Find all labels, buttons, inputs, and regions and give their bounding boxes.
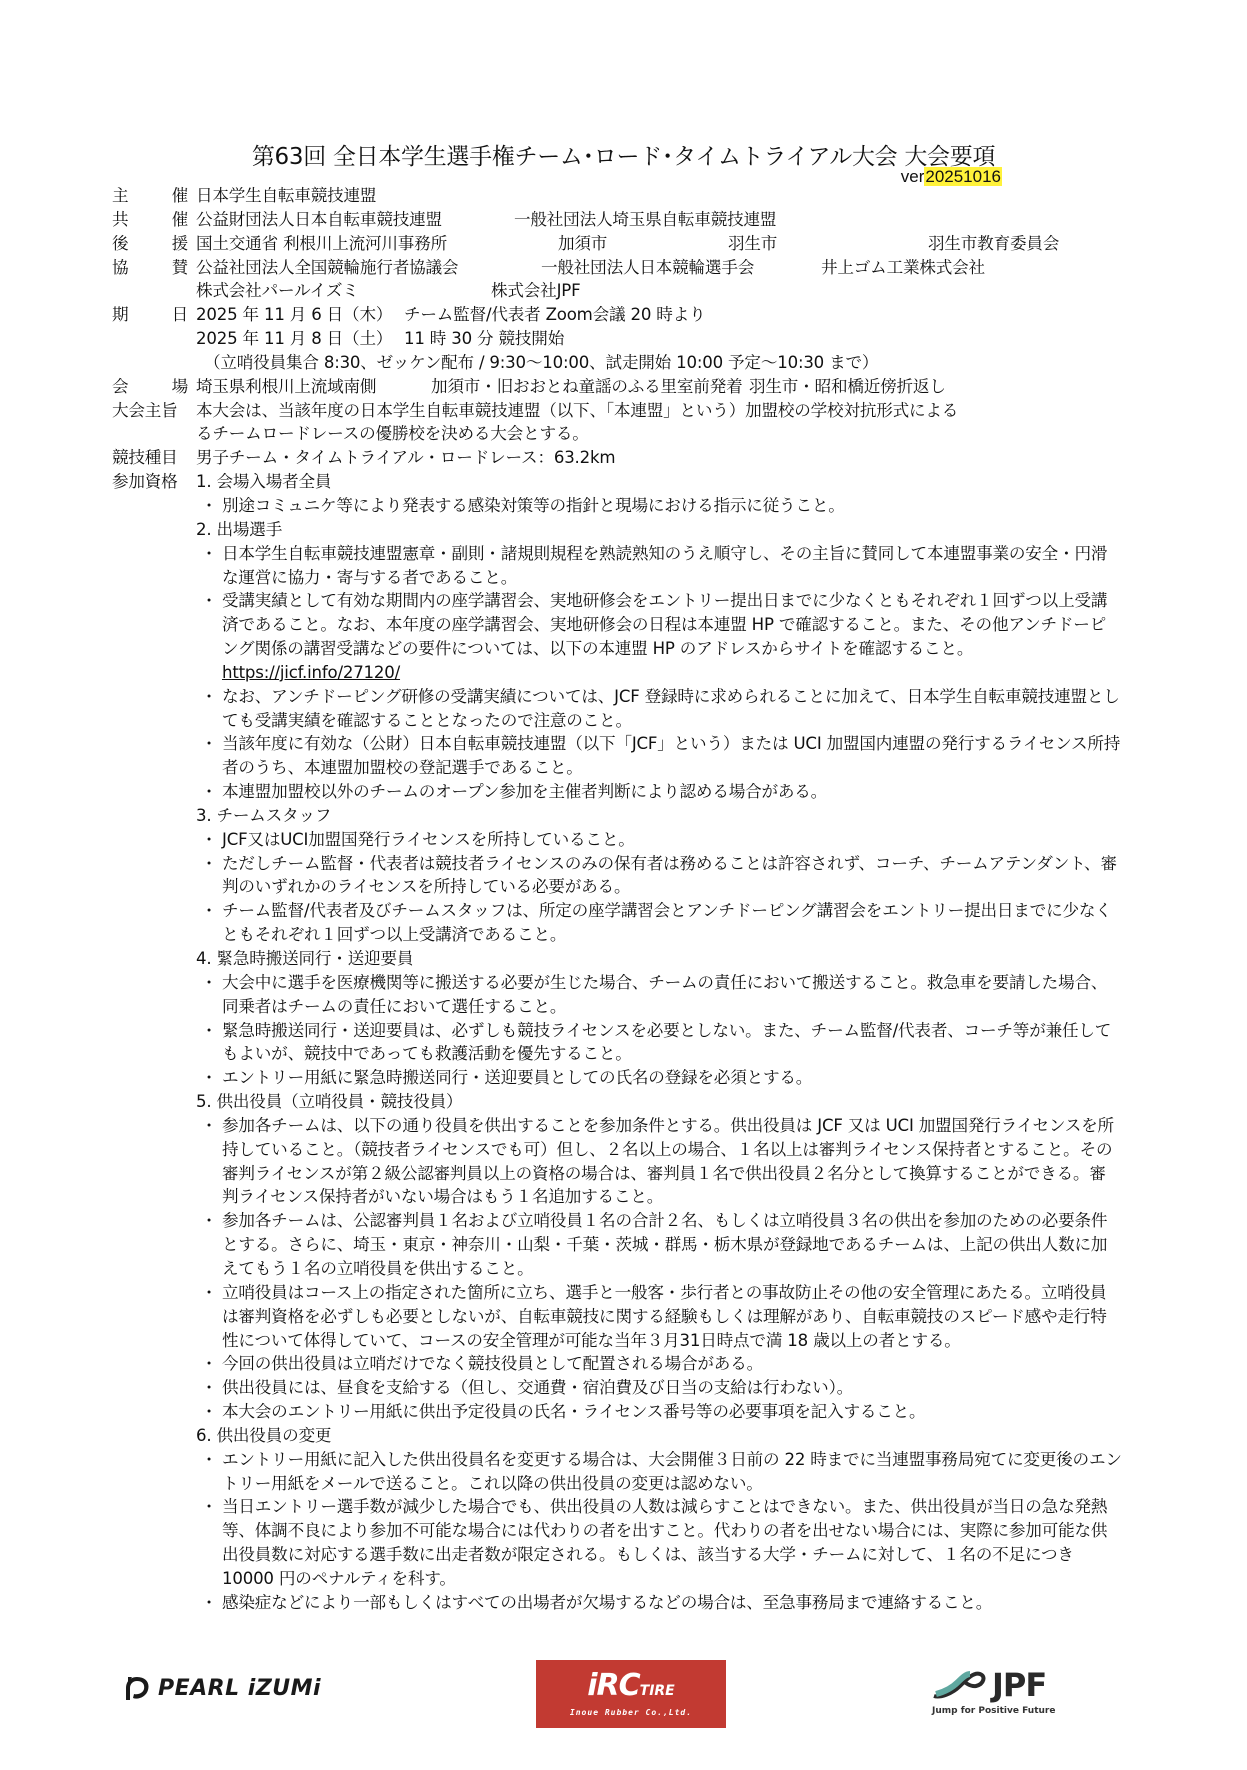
label-support: 後援 <box>112 232 196 256</box>
pearl-izumi-mark-icon <box>122 1673 152 1703</box>
venue-value-1: 埼玉県利根川上流域南側 <box>196 375 431 399</box>
label-schedule: 期日 <box>112 303 196 327</box>
pearl-izumi-text: PEARL iZUMi <box>158 1676 321 1701</box>
venue-value-3: 羽生市・昭和橋近傍折返し <box>749 375 946 399</box>
list-item-text: 立哨役員はコース上の指定された箇所に立ち、選手と一般客・歩行者との事故防止その他… <box>222 1281 1122 1353</box>
row-purpose: 大会主旨 本大会は、当該年度の日本学生自転車競技連盟（以下、「本連盟」という）加… <box>112 399 1142 423</box>
list-item-text: 本大会のエントリー用紙に供出予定役員の氏名・ライセンス番号等の必要事項を記入する… <box>222 1400 1122 1424</box>
list-item-text: 当日エントリー選手数が減少した場合でも、供出役員の人数は減らすことはできない。ま… <box>222 1495 1122 1590</box>
sponsor-value-5: 株式会社JPF <box>491 279 580 303</box>
list-item: ・受講実績として有効な期間内の座学講習会、実地研修会をエントリー提出日までに少な… <box>196 589 1142 684</box>
list-item-text: チーム監督/代表者及びチームスタッフは、所定の座学講習会とアンチドーピング講習会… <box>222 899 1122 947</box>
list-item: ・参加各チームは、以下の通り役員を供出することを参加条件とする。供出役員は JC… <box>196 1114 1142 1209</box>
list-item-text: 今回の供出役員は立哨だけでなく競技役員として配置される場合がある。 <box>222 1352 1122 1376</box>
list-item: ・ただしチーム監督・代表者は競技者ライセンスのみの保有者は務めることは許容されず… <box>196 852 1142 900</box>
section-heading-5: 5. 供出役員（立哨役員・競技役員） <box>196 1090 1142 1114</box>
list-item: ・立哨役員はコース上の指定された箇所に立ち、選手と一般客・歩行者との事故防止その… <box>196 1281 1142 1353</box>
schedule-date-2: 2025 年 11 月 8 日（土） <box>196 327 404 351</box>
list-item-text: JCF又はUCI加盟国発行ライセンスを所持していること。 <box>222 828 1122 852</box>
host-value: 日本学生自転車競技連盟 <box>196 184 376 208</box>
cohost-value-1: 公益財団法人日本自転車競技連盟 <box>196 208 514 232</box>
jicf-link[interactable]: https://jicf.info/27120/ <box>222 663 400 682</box>
schedule-date-1: 2025 年 11 月 6 日（木） <box>196 303 404 327</box>
bullet-icon: ・ <box>196 1448 222 1496</box>
row-event: 競技種目 男子チーム・タイムトライアル・ロードレース：63.2km <box>112 446 1142 470</box>
bullet-icon: ・ <box>196 589 222 684</box>
bullet-icon: ・ <box>196 1495 222 1590</box>
list-item-text: なお、アンチドーピング研修の受講実績については、JCF 登録時に求められることに… <box>222 685 1122 733</box>
row-venue: 会場 埼玉県利根川上流域南側 加須市・旧おおとね童謡のふる里室前発着 羽生市・昭… <box>112 375 1142 399</box>
list-item-text: 感染症などにより一部もしくはすべての出場者が欠場するなどの場合は、至急事務局まで… <box>222 1591 1122 1615</box>
cohost-value-2: 一般社団法人埼玉県自転車競技連盟 <box>514 208 776 232</box>
bullet-icon: ・ <box>196 685 222 733</box>
row-host: 主催 日本学生自転車競技連盟 <box>112 184 1142 208</box>
venue-value-2: 加須市・旧おおとね童謡のふる里室前発着 <box>431 375 749 399</box>
page-title: 第63回 全日本学生選手権チーム･ロード･タイムトライアル大会 大会要項 <box>0 138 1247 171</box>
label-sponsor: 協賛 <box>112 256 196 280</box>
label-eligibility: 参加資格 <box>112 470 196 494</box>
list-item: ・本大会のエントリー用紙に供出予定役員の氏名・ライセンス番号等の必要事項を記入す… <box>196 1400 1142 1424</box>
eligibility-sections: ・別途コミュニケ等により発表する感染対策等の指針と現場における指示に従うこと。2… <box>112 494 1142 1615</box>
sponsor-value-1: 公益社団法人全国競輪施行者協議会 <box>196 256 541 280</box>
list-item-text: エントリー用紙に緊急時搬送同行・送迎要員としての氏名の登録を必須とする。 <box>222 1066 1122 1090</box>
list-item: ・供出役員には、昼食を支給する（但し、交通費・宿泊費及び日当の支給は行わない）。 <box>196 1376 1142 1400</box>
bullet-icon: ・ <box>196 542 222 590</box>
event-text: 男子チーム・タイムトライアル・ロードレース：63.2km <box>196 446 1142 470</box>
list-item-text: 受講実績として有効な期間内の座学講習会、実地研修会をエントリー提出日までに少なく… <box>222 589 1122 684</box>
jpf-text: JPF <box>992 1669 1046 1701</box>
row-sponsor: 協賛 公益社団法人全国競輪施行者協議会 一般社団法人日本競輪選手会 井上ゴム工業… <box>112 256 1142 280</box>
list-item-text: 緊急時搬送同行・送迎要員は、必ずしも競技ライセンスを必要としない。また、チーム監… <box>222 1019 1122 1067</box>
section-heading-6: 6. 供出役員の変更 <box>196 1424 1142 1448</box>
document-body: 主催 日本学生自転車競技連盟 共催 公益財団法人日本自転車競技連盟 一般社団法人… <box>112 184 1142 1615</box>
list-item: ・当該年度に有効な（公財）日本自転車競技連盟（以下「JCF」という）または UC… <box>196 732 1142 780</box>
list-item: ・感染症などにより一部もしくはすべての出場者が欠場するなどの場合は、至急事務局ま… <box>196 1591 1142 1615</box>
row-sponsor-cont: 株式会社パールイズミ 株式会社JPF <box>112 279 1142 303</box>
label-host: 主催 <box>112 184 196 208</box>
bullet-icon: ・ <box>196 1019 222 1067</box>
support-value-4: 羽生市教育委員会 <box>928 232 1059 256</box>
irc-sub-text: Inoue Rubber Co.,Ltd. <box>570 1708 692 1717</box>
pearl-izumi-logo: PEARL iZUMi <box>122 1673 321 1703</box>
bullet-icon: ・ <box>196 1400 222 1424</box>
jpf-tagline: Jump for Positive Future <box>932 1706 1080 1716</box>
bullet-icon: ・ <box>196 1591 222 1615</box>
label-venue: 会場 <box>112 375 196 399</box>
bullet-icon: ・ <box>196 1281 222 1353</box>
purpose-text: 本大会は、当該年度の日本学生自転車競技連盟（以下、「本連盟」という）加盟校の学校… <box>196 399 1142 423</box>
list-item: ・緊急時搬送同行・送迎要員は、必ずしも競技ライセンスを必要としない。また、チーム… <box>196 1019 1142 1067</box>
sponsor-value-4: 株式会社パールイズミ <box>196 279 491 303</box>
list-item-text: 参加各チームは、公認審判員１名および立哨役員１名の合計２名、もしくは立哨役員３名… <box>222 1209 1122 1281</box>
bullet-icon: ・ <box>196 1352 222 1376</box>
row-cohost: 共催 公益財団法人日本自転車競技連盟 一般社団法人埼玉県自転車競技連盟 <box>112 208 1142 232</box>
list-item: ・エントリー用紙に緊急時搬送同行・送迎要員としての氏名の登録を必須とする。 <box>196 1066 1142 1090</box>
bullet-icon: ・ <box>196 971 222 1019</box>
bullet-icon: ・ <box>196 780 222 804</box>
list-item: ・チーム監督/代表者及びチームスタッフは、所定の座学講習会とアンチドーピング講習… <box>196 899 1142 947</box>
irc-main-text: iRC <box>587 1668 639 1703</box>
row-support: 後援 国土交通省 利根川上流河川事務所 加須市 羽生市 羽生市教育委員会 <box>112 232 1142 256</box>
row-schedule-1: 期日 2025 年 11 月 6 日（木） チーム監督/代表者 Zoom会議 2… <box>112 303 1142 327</box>
list-item-text: 別途コミュニケ等により発表する感染対策等の指針と現場における指示に従うこと。 <box>222 494 1122 518</box>
purpose-text-cont: るチームロードレースの優勝校を決める大会とする。 <box>196 422 1142 446</box>
sponsor-value-2: 一般社団法人日本競輪選手会 <box>541 256 821 280</box>
section-heading-4: 4. 緊急時搬送同行・送迎要員 <box>196 947 1142 971</box>
label-event: 競技種目 <box>112 446 196 470</box>
list-item: ・別途コミュニケ等により発表する感染対策等の指針と現場における指示に従うこと。 <box>196 494 1142 518</box>
jpf-logo: JPF Jump for Positive Future <box>930 1668 1080 1716</box>
irc-suffix-text: TIRE <box>640 1683 675 1699</box>
bullet-icon: ・ <box>196 1066 222 1090</box>
schedule-text-2: 11 時 30 分 競技開始 <box>404 327 564 351</box>
jpf-loop-icon <box>930 1668 988 1702</box>
support-value-1: 国土交通省 利根川上流河川事務所 <box>196 232 558 256</box>
list-item: ・本連盟加盟校以外のチームのオープン参加を主催者判断により認める場合がある。 <box>196 780 1142 804</box>
list-item: ・今回の供出役員は立哨だけでなく競技役員として配置される場合がある。 <box>196 1352 1142 1376</box>
schedule-note: （立哨役員集合 8:30、ゼッケン配布 / 9:30〜10:00、試走開始 10… <box>204 351 1142 375</box>
bullet-icon: ・ <box>196 899 222 947</box>
bullet-icon: ・ <box>196 852 222 900</box>
list-item-text: 日本学生自転車競技連盟憲章・副則・諸規則規程を熟読熟知のうえ順守し、その主旨に賛… <box>222 542 1122 590</box>
list-item-text: 供出役員には、昼食を支給する（但し、交通費・宿泊費及び日当の支給は行わない）。 <box>222 1376 1122 1400</box>
label-purpose: 大会主旨 <box>112 399 196 423</box>
list-item: ・なお、アンチドーピング研修の受講実績については、JCF 登録時に求められること… <box>196 685 1142 733</box>
list-item-text: 参加各チームは、以下の通り役員を供出することを参加条件とする。供出役員は JCF… <box>222 1114 1122 1209</box>
list-item: ・参加各チームは、公認審判員１名および立哨役員１名の合計２名、もしくは立哨役員３… <box>196 1209 1142 1281</box>
label-cohost: 共催 <box>112 208 196 232</box>
bullet-icon: ・ <box>196 494 222 518</box>
list-item-text: ただしチーム監督・代表者は競技者ライセンスのみの保有者は務めることは許容されず、… <box>222 852 1122 900</box>
section-heading-2: 2. 出場選手 <box>196 518 1142 542</box>
schedule-text-1: チーム監督/代表者 Zoom会議 20 時より <box>404 303 705 327</box>
list-item-text: 本連盟加盟校以外のチームのオープン参加を主催者判断により認める場合がある。 <box>222 780 1122 804</box>
section-heading-3: 3. チームスタッフ <box>196 804 1142 828</box>
list-item-text: 当該年度に有効な（公財）日本自転車競技連盟（以下「JCF」という）または UCI… <box>222 732 1122 780</box>
list-item-text: エントリー用紙に記入した供出役員名を変更する場合は、大会開催３日前の 22 時ま… <box>222 1448 1122 1496</box>
list-item: ・エントリー用紙に記入した供出役員名を変更する場合は、大会開催３日前の 22 時… <box>196 1448 1142 1496</box>
list-item-text: 大会中に選手を医療機関等に搬送する必要が生じた場合、チームの責任において搬送する… <box>222 971 1122 1019</box>
list-item: ・当日エントリー選手数が減少した場合でも、供出役員の人数は減らすことはできない。… <box>196 1495 1142 1590</box>
bullet-icon: ・ <box>196 1376 222 1400</box>
list-item: ・日本学生自転車競技連盟憲章・副則・諸規則規程を熟読熟知のうえ順守し、その主旨に… <box>196 542 1142 590</box>
list-item: ・大会中に選手を医療機関等に搬送する必要が生じた場合、チームの責任において搬送す… <box>196 971 1142 1019</box>
list-item: ・JCF又はUCI加盟国発行ライセンスを所持していること。 <box>196 828 1142 852</box>
support-value-3: 羽生市 <box>728 232 928 256</box>
bullet-icon: ・ <box>196 1209 222 1281</box>
row-eligibility: 参加資格 1. 会場入場者全員 <box>112 470 1142 494</box>
bullet-icon: ・ <box>196 828 222 852</box>
bullet-icon: ・ <box>196 1114 222 1209</box>
section-heading-1: 1. 会場入場者全員 <box>196 470 1142 494</box>
support-value-2: 加須市 <box>558 232 728 256</box>
irc-tire-logo: iRCTIRE Inoue Rubber Co.,Ltd. <box>536 1660 726 1728</box>
sponsor-value-3: 井上ゴム工業株式会社 <box>821 256 985 280</box>
bullet-icon: ・ <box>196 732 222 780</box>
row-schedule-2: 2025 年 11 月 8 日（土） 11 時 30 分 競技開始 <box>112 327 1142 351</box>
